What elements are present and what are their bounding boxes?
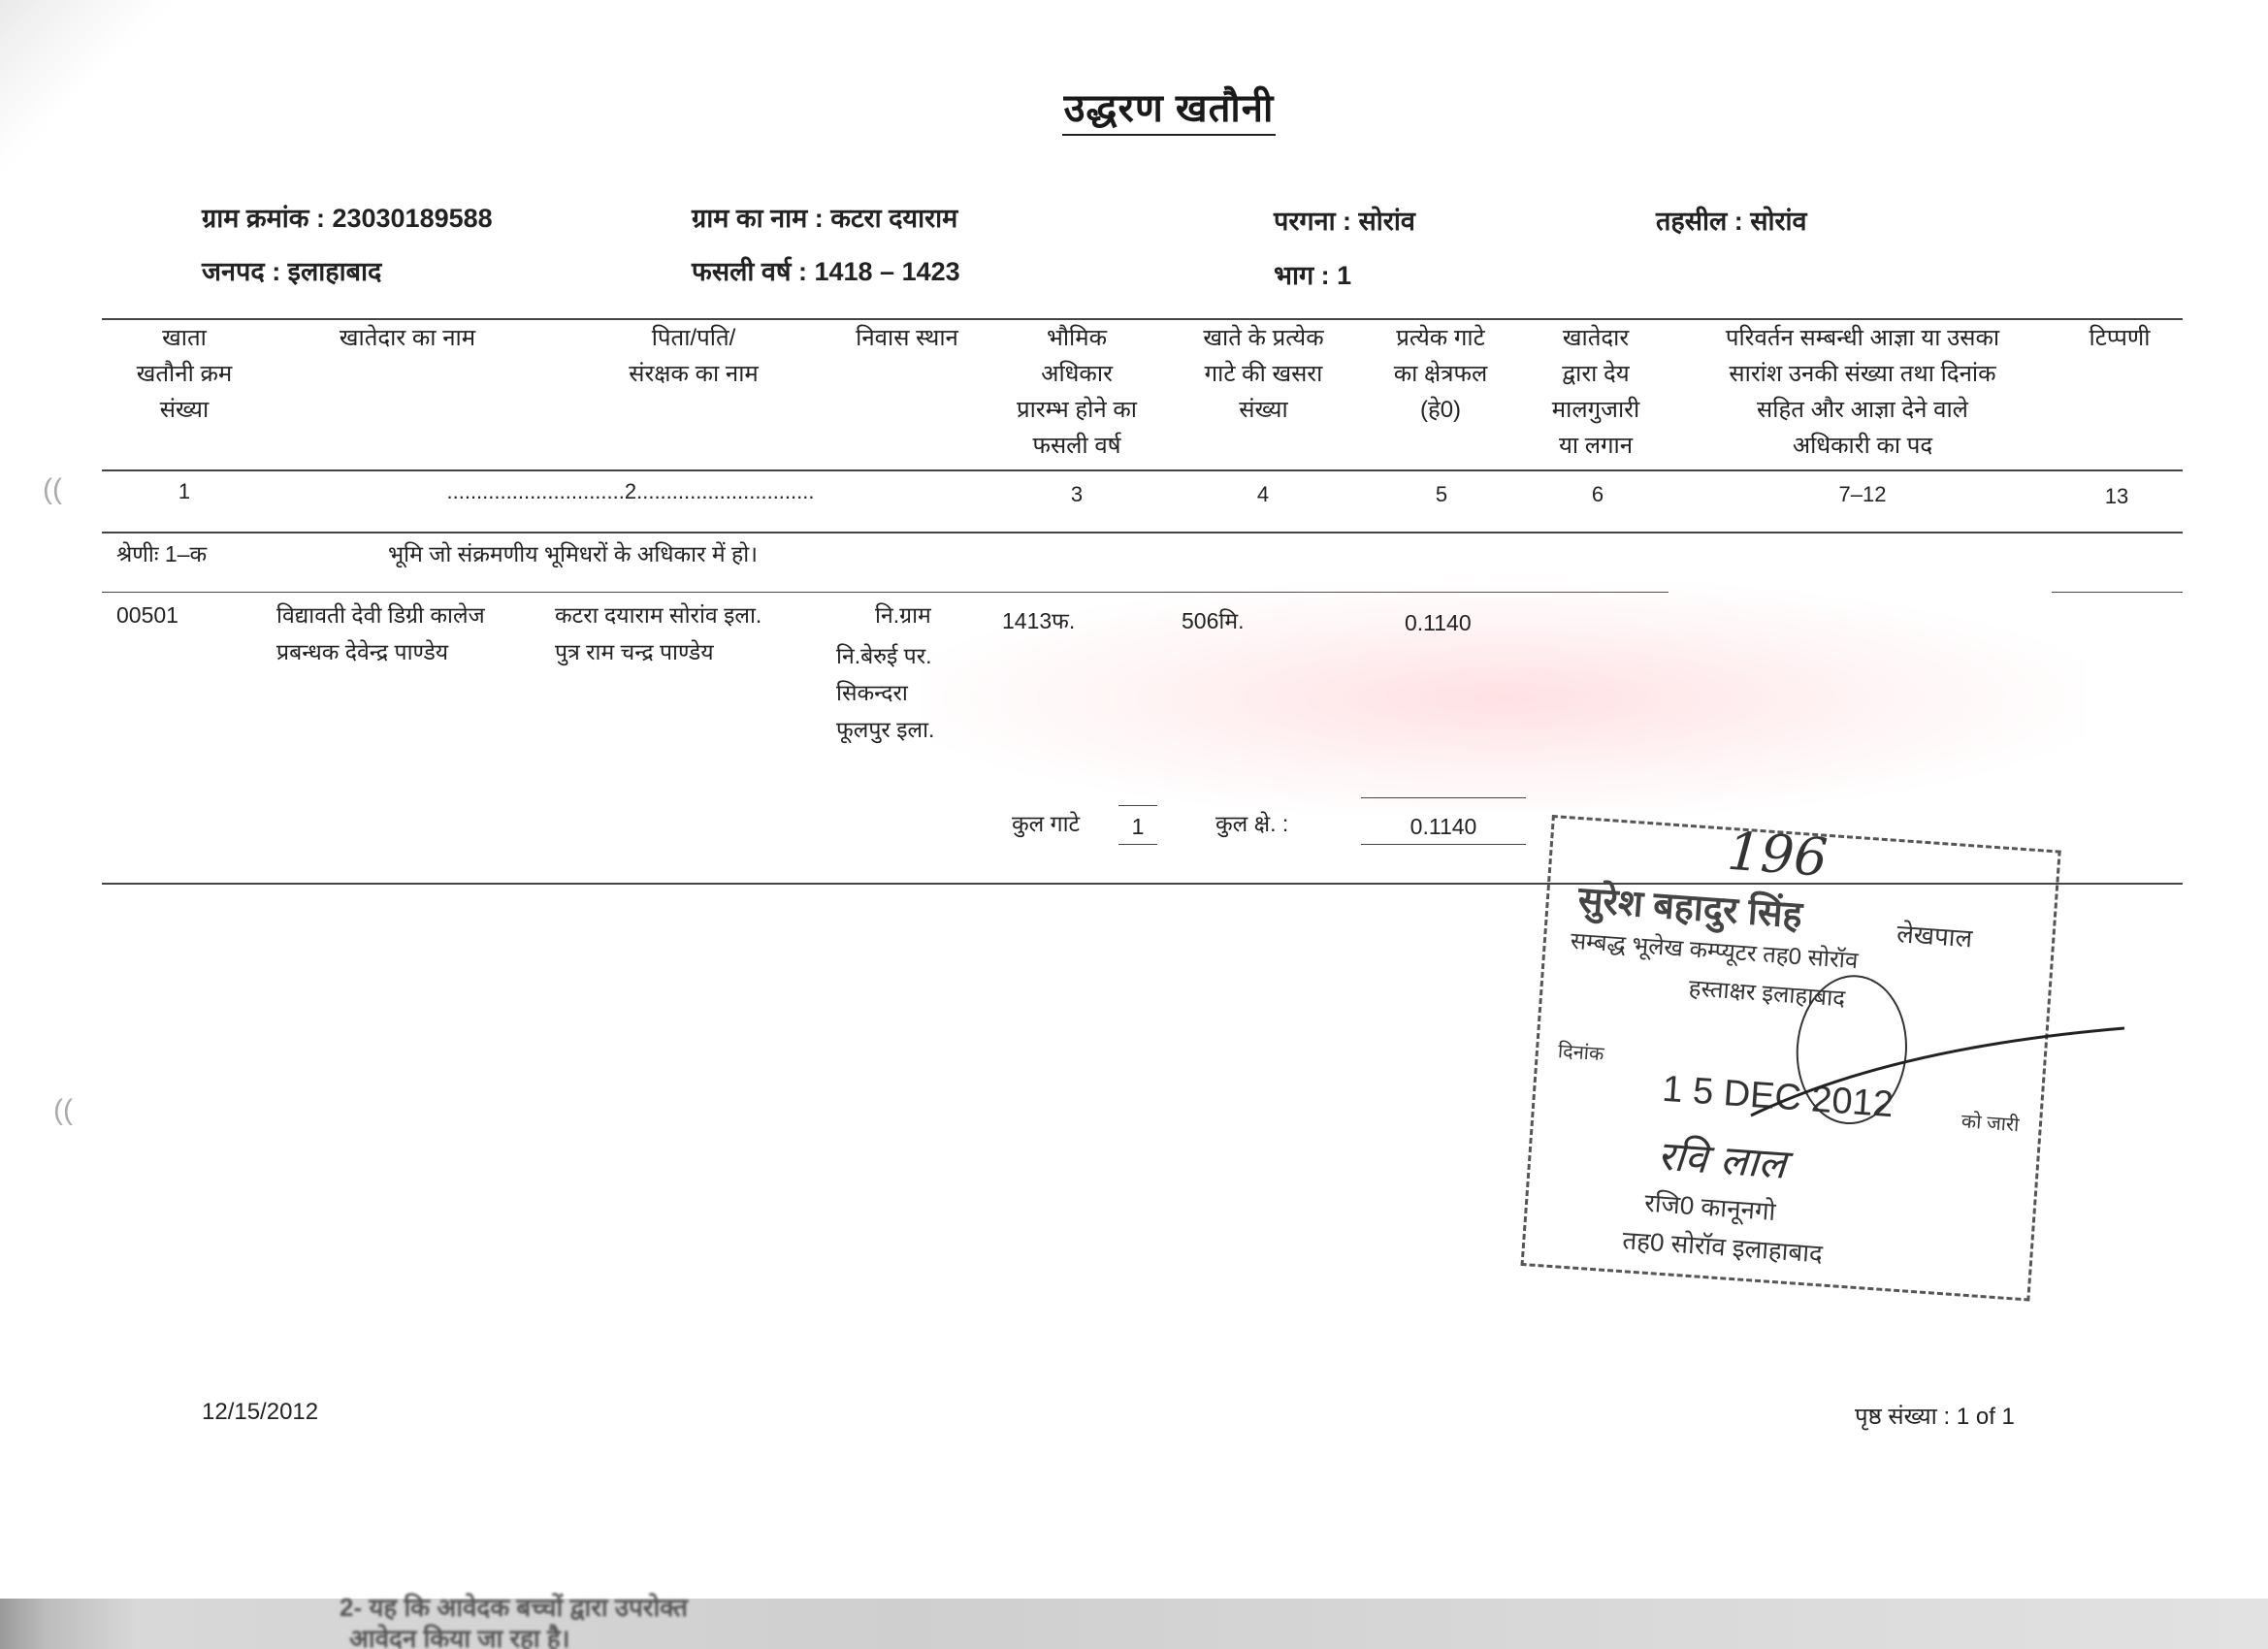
tehsil: तहसील : सोरांव <box>1656 202 1807 238</box>
header-kshetrafal: प्रत्येक गाटेका क्षेत्रफल(हे0) <box>1363 320 1518 428</box>
kul-kshe-bottom-rule <box>1361 844 1526 845</box>
header-tippani: टिप्पणी <box>2057 320 2183 356</box>
colnum-2: ..............................2.........… <box>344 479 917 504</box>
title-text: उद्धरण खतौनी <box>1062 87 1277 136</box>
header-parivartan: परिवर्तन सम्बन्धी आज्ञा या उसकासारांश उन… <box>1678 320 2047 464</box>
category-description: भूमि जो संक्रमणीय भूमिधरों के अधिकार में… <box>388 535 758 572</box>
bleed-line2: आवेदन किया जा रहा है। <box>349 1620 570 1649</box>
signature-stroke <box>1746 1009 2134 1125</box>
khata-number: 00501 <box>116 597 178 633</box>
page-number: पृष्ठ संख्या : 1 of 1 <box>1855 1399 2015 1436</box>
colnum-4: 4 <box>1224 482 1302 507</box>
stamp-footer1: रजि0 कानूनगो <box>1643 1184 1776 1228</box>
bleed-line1: 2- यह कि आवेदक बच्चों द्वारा उपरोक्त <box>340 1589 688 1624</box>
stamp-designation: लेखपाल <box>1895 915 1973 954</box>
kul-gate-label: कुल गाटे <box>1012 805 1080 842</box>
header-khatedar: खातेदार का नाम <box>296 320 519 356</box>
kul-gate-value: 1 <box>1118 808 1157 845</box>
handwritten-number: 196 <box>1726 821 1830 889</box>
kul-gate-top-rule <box>1118 805 1157 806</box>
header-khata: खाताखतौनी क्रमसंख्या <box>107 320 262 428</box>
kul-kshe-label: कुल क्षे. : <box>1215 805 1288 842</box>
kul-kshe-value: 0.1140 <box>1361 808 1526 845</box>
niwas-sthan: नि.ग्राम नि.बेरुई पर. सिकन्दरा फूलपुर इल… <box>836 597 934 748</box>
header-pita: पिता/पति/संरक्षक का नाम <box>577 320 810 392</box>
header-khasra: खाते के प्रत्येकगाटे की खसरासंख्या <box>1179 320 1348 428</box>
gram-kramank: ग्राम क्रमांक : 23030189588 <box>202 199 493 235</box>
next-page-strip: 2- यह कि आवेदक बच्चों द्वारा उपरोक्त आवे… <box>0 1599 2268 1649</box>
fasli-varsh: फसली वर्ष : 1418 – 1423 <box>692 252 960 288</box>
colnum-13: 13 <box>2078 484 2155 509</box>
kul-kshe-top-rule <box>1361 797 1526 798</box>
kul-gate-bottom-rule <box>1118 844 1157 845</box>
colnum-3: 3 <box>1038 482 1116 507</box>
khasra-number: 506मि. <box>1182 602 1244 639</box>
signature: रवि लाल <box>1656 1127 1788 1191</box>
stamp-date-label: दिनांक <box>1557 1037 1604 1066</box>
kshetrafal: 0.1140 <box>1405 604 1472 641</box>
pink-smudge <box>922 582 2086 815</box>
stamp-footer2: तह0 सोरॉव इलाहाबाद <box>1621 1221 1824 1270</box>
margin-mark: (( <box>43 473 62 506</box>
header-fasli: भौमिकअधिकारप्रारम्भ होने काफसली वर्ष <box>994 320 1159 464</box>
bhag: भाग : 1 <box>1274 256 1351 292</box>
khatedar-name: विद्यावती देवी डिग्री कालेजप्रबन्धक देवे… <box>276 597 485 670</box>
pita-name: कटरा दयाराम सोरांव इला.पुत्र राम चन्द्र … <box>555 597 761 670</box>
colnum-5: 5 <box>1403 482 1480 507</box>
fasli-year: 1413फ. <box>1002 602 1075 639</box>
margin-mark: (( <box>53 1094 73 1127</box>
numbers-bottom-rule <box>102 532 2183 533</box>
janpad: जनपद : इलाहाबाद <box>202 252 381 288</box>
header-niwas: निवास स्थान <box>829 320 985 356</box>
colnum-1: 1 <box>146 479 223 504</box>
pargana: परगना : सोरांव <box>1274 202 1415 238</box>
colnum-7-12: 7–12 <box>1814 482 1911 507</box>
colnum-6: 6 <box>1559 482 1636 507</box>
header-malguzari: खातेदारद्वारा देयमालगुजारीया लगान <box>1533 320 1659 464</box>
print-date: 12/15/2012 <box>202 1394 318 1431</box>
gram-naam: ग्राम का नाम : कटरा दयाराम <box>692 199 957 235</box>
header-bottom-rule <box>102 469 2183 471</box>
category-label: श्रेणीः 1–क <box>116 535 207 572</box>
document-title: उद्धरण खतौनी <box>0 80 2268 133</box>
